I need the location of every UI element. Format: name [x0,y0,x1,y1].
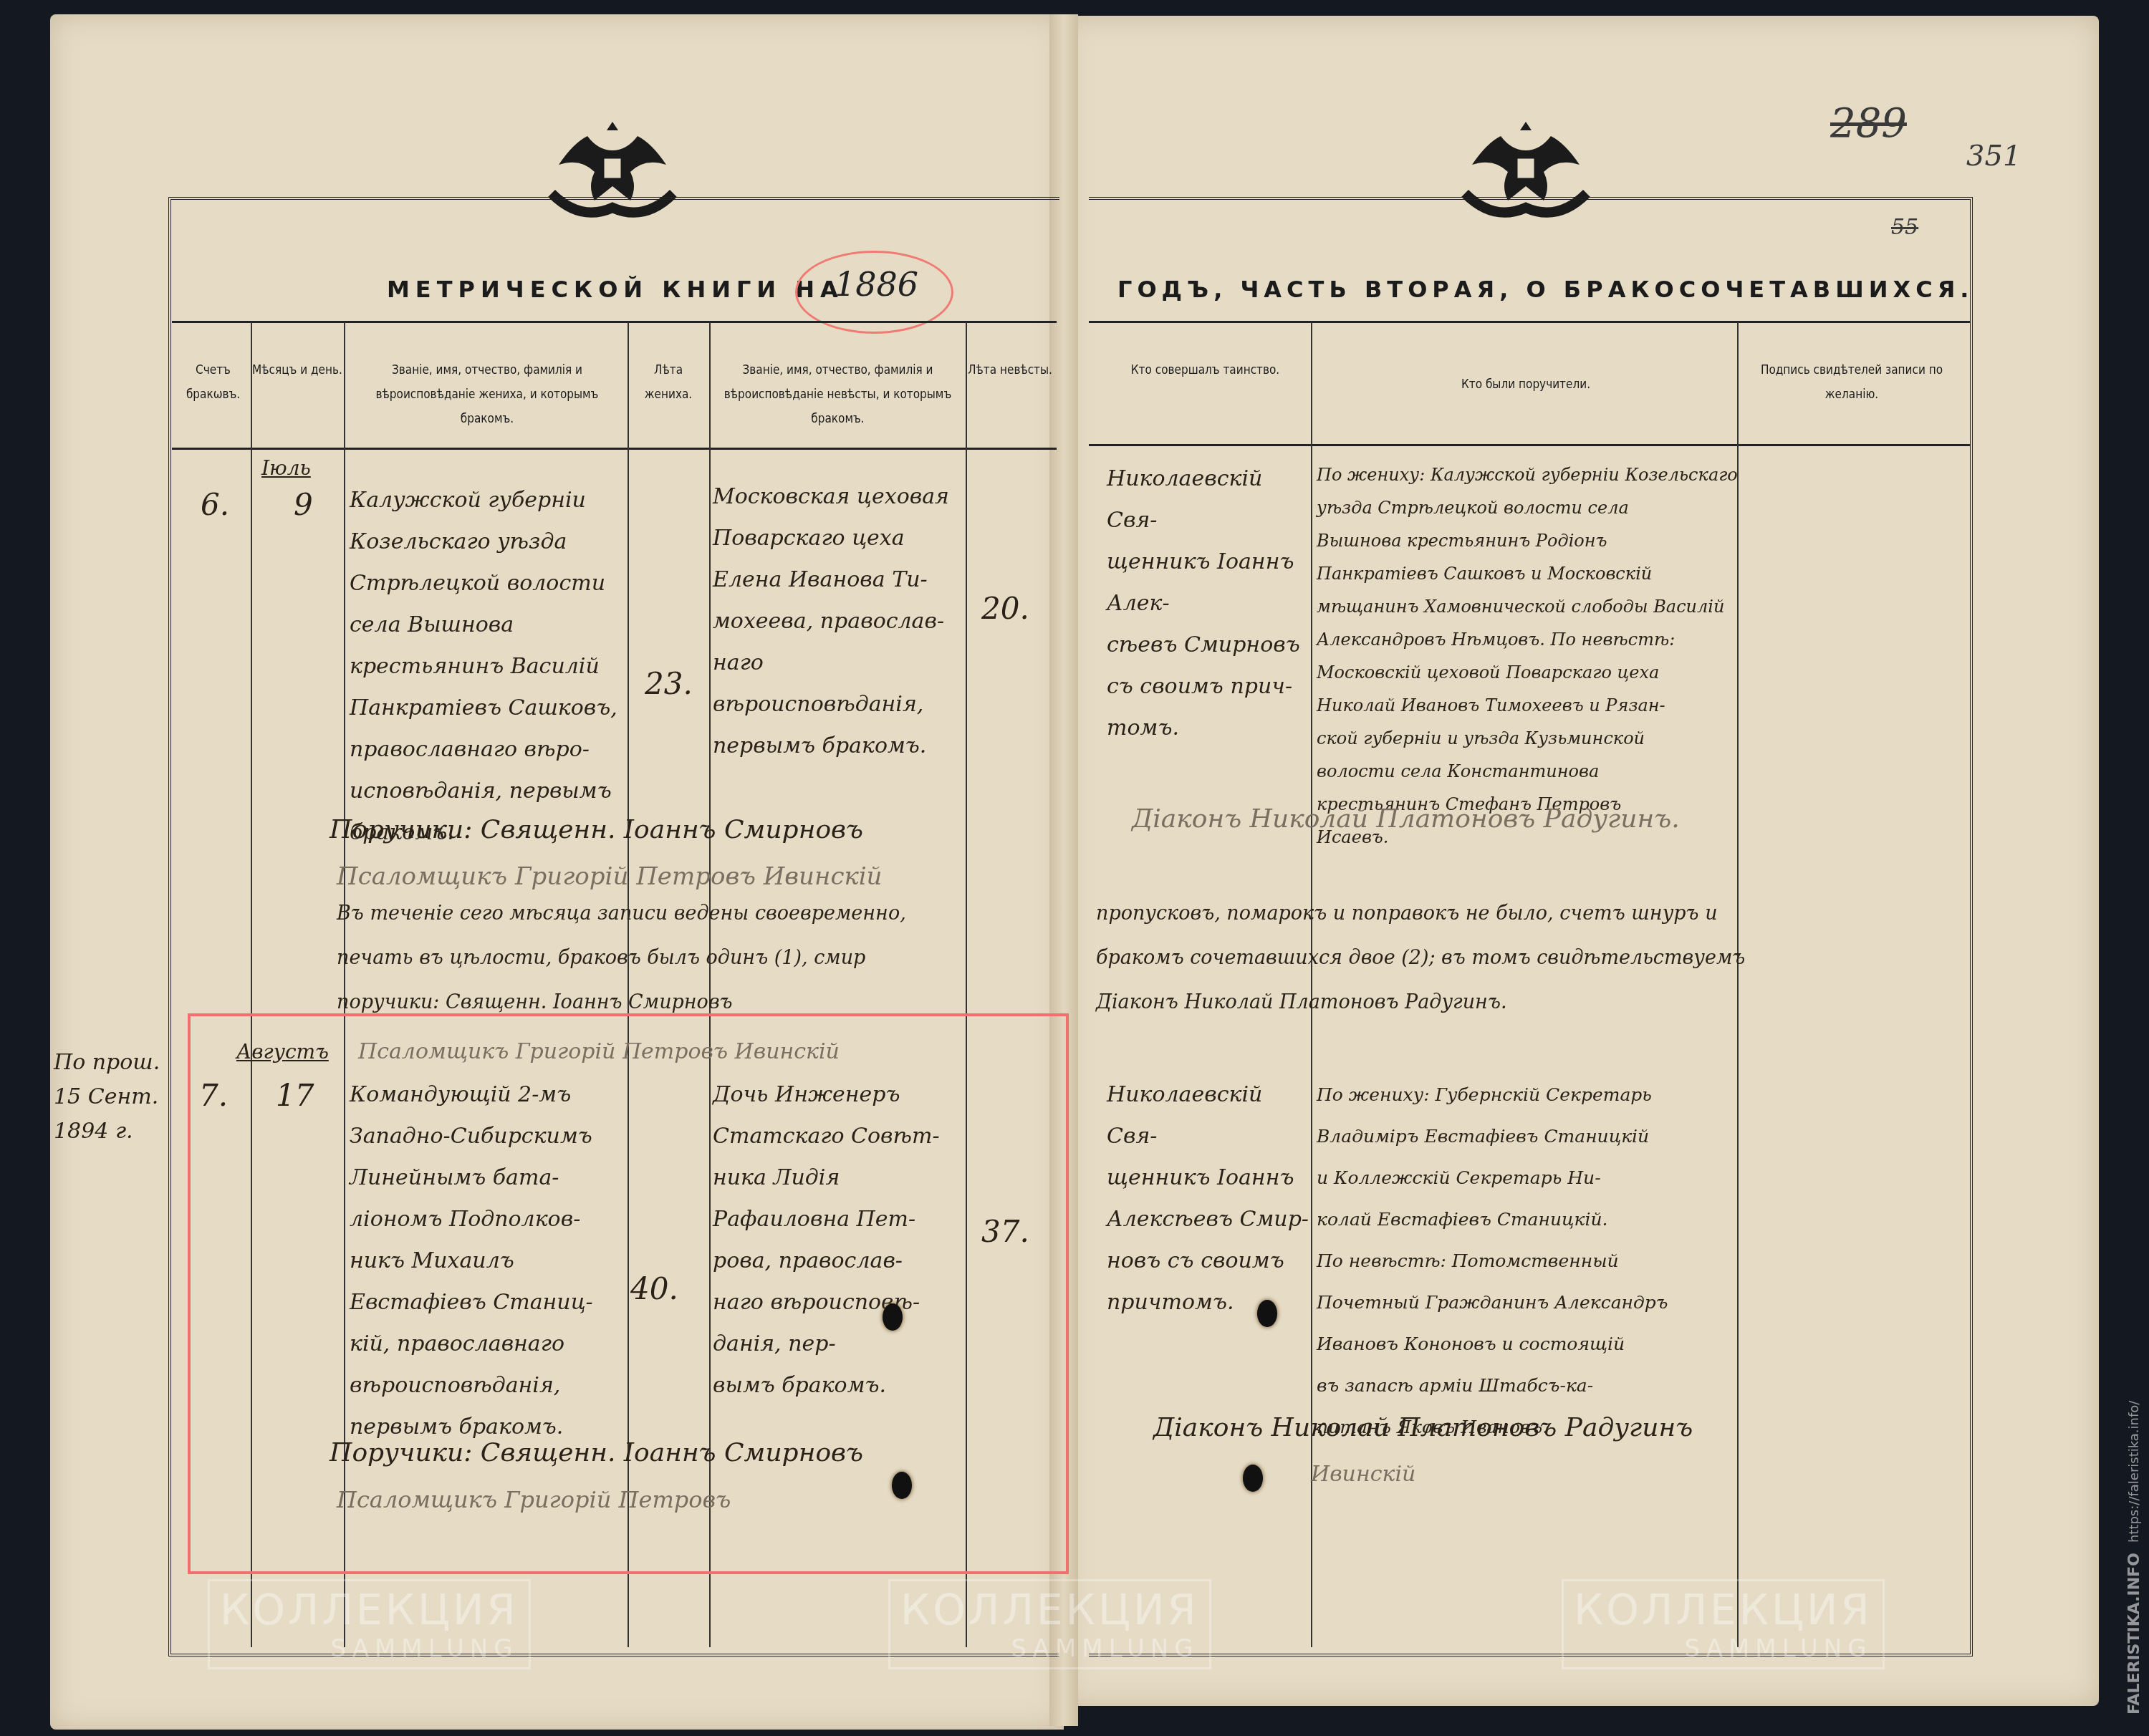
site-url: https://faleristika.info/ [2127,1401,2142,1543]
col-header-sureties: Кто были поручители. [1318,372,1734,397]
entry-count: 7. [199,1078,228,1113]
col-header-officiant: Кто совершалъ таинство. [1103,358,1307,382]
col-header-bride: Званіе, имя, отчество, фамилія и вѣроисп… [711,358,965,431]
folio-number: 351 [1966,140,2021,173]
col-header-groom-age: Лѣта жениха. [629,358,708,407]
entry-bride-age: 37. [981,1214,1029,1249]
collection-watermark: КОЛЛЕКЦИЯ SAMMLUNG [888,1579,1211,1669]
entry-groom: Командующій 2-мъ Западно-Сибирскимъ Лине… [350,1074,629,1448]
collection-watermark: КОЛЛЕКЦИЯ SAMMLUNG [1562,1579,1885,1669]
entry-sureties: По жениху: Губернскій Секретарь Владимір… [1317,1074,1746,1448]
binding-hole [1257,1300,1277,1327]
entry-officiant: Николаевскій Свя- щенникъ Іоаннъ Алек- с… [1107,458,1314,749]
entry-witness-signature: Ивинскій [1311,1454,1415,1495]
header-rule [172,321,1057,323]
margin-note: По прош. 15 Сент. 1894 г. [54,1046,176,1149]
header-rule [1089,444,1970,446]
entry-groom-age: 23. [645,666,693,701]
entry-deacon-signature: Діаконъ Николай Платоновъ Радугинъ [1153,1407,1693,1449]
entry-groom-age: 40. [630,1271,678,1306]
binding-hole [1243,1465,1263,1492]
entry-day: 9 [294,487,313,522]
entry-psalmist-signature: Псаломщикъ Григорій Петровъ Ивинскій [358,1031,840,1073]
watermark-title: КОЛЛЕКЦИЯ [1574,1586,1872,1634]
col-header-month-day: Мѣсяцъ и день. [252,358,342,382]
binding-hole [883,1303,903,1331]
entry-groom: Калужской губерніи Козельскаго уѣзда Стр… [350,480,629,854]
col-header-groom: Званіе, имя, отчество, фамилія и вѣроисп… [347,358,627,431]
watermark-title: КОЛЛЕКЦИЯ [900,1586,1199,1634]
collection-watermark: КОЛЛЕКЦИЯ SAMMLUNG [208,1579,531,1669]
binding-hole [892,1472,912,1499]
site-watermark: FALERISTIKA.INFO https://faleristika.inf… [2125,1401,2143,1715]
site-brand: FALERISTIKA.INFO [2125,1553,2143,1715]
header-rule [1089,321,1970,323]
monthly-closing-note-continued: пропусковъ, помарокъ и поправокъ не было… [1096,892,1956,1025]
watermark-subtitle: SAMMLUNG [1574,1634,1872,1663]
monthly-closing-note: Въ теченіе сего мѣсяца записи ведены сво… [337,892,1067,1025]
col-header-bride-age: Лѣта невѣсты. [967,358,1053,382]
entry-sureties-signature: Поручики: Священн. Іоаннъ Смирновъ [330,1432,863,1474]
col-header-count: Счетъ бракωвъ. [176,358,251,407]
entry-sureties: По жениху: Калужской губерніи Козельскаг… [1317,458,1746,854]
watermark-title: КОЛЛЕКЦИЯ [220,1586,519,1634]
entry-count: 6. [201,487,229,522]
entry-month: Августъ [236,1031,329,1073]
left-heading: МЕТРИЧЕСКОЙ КНИГИ НА [387,276,844,303]
entry-bride-age: 20. [981,591,1029,626]
entry-day: 17 [276,1078,314,1113]
entry-psalmist-signature: Псаломщикъ Григорій Петровъ [337,1479,731,1520]
entry-bride: Дочь Инженеръ Статскаго Совѣт- ника Лиді… [713,1074,971,1407]
watermark-subtitle: SAMMLUNG [220,1634,519,1663]
folio-crossed: 289 [1830,100,1907,147]
entry-bride: Московская цеховая Поварскаго цеха Елена… [713,476,971,767]
entry-sureties-signature: Поручики: Священн. Іоаннъ Смирновъ [330,809,863,851]
entry-deacon-signature: Діаконъ Николай Платоновъ Радугинъ. [1132,799,1680,840]
col-header-signatures: Подпись свидѣтелей записи по желанію. [1741,358,1963,407]
right-heading: ГОДЪ, ЧАСТЬ ВТОРАЯ, О БРАКОСОЧЕТАВШИХСЯ. [1117,276,1973,303]
entry-officiant: Николаевскій Свя- щенникъ Іоаннъ Алексѣе… [1107,1074,1314,1323]
watermark-subtitle: SAMMLUNG [900,1634,1199,1663]
entry-month: Іюль [261,448,311,489]
